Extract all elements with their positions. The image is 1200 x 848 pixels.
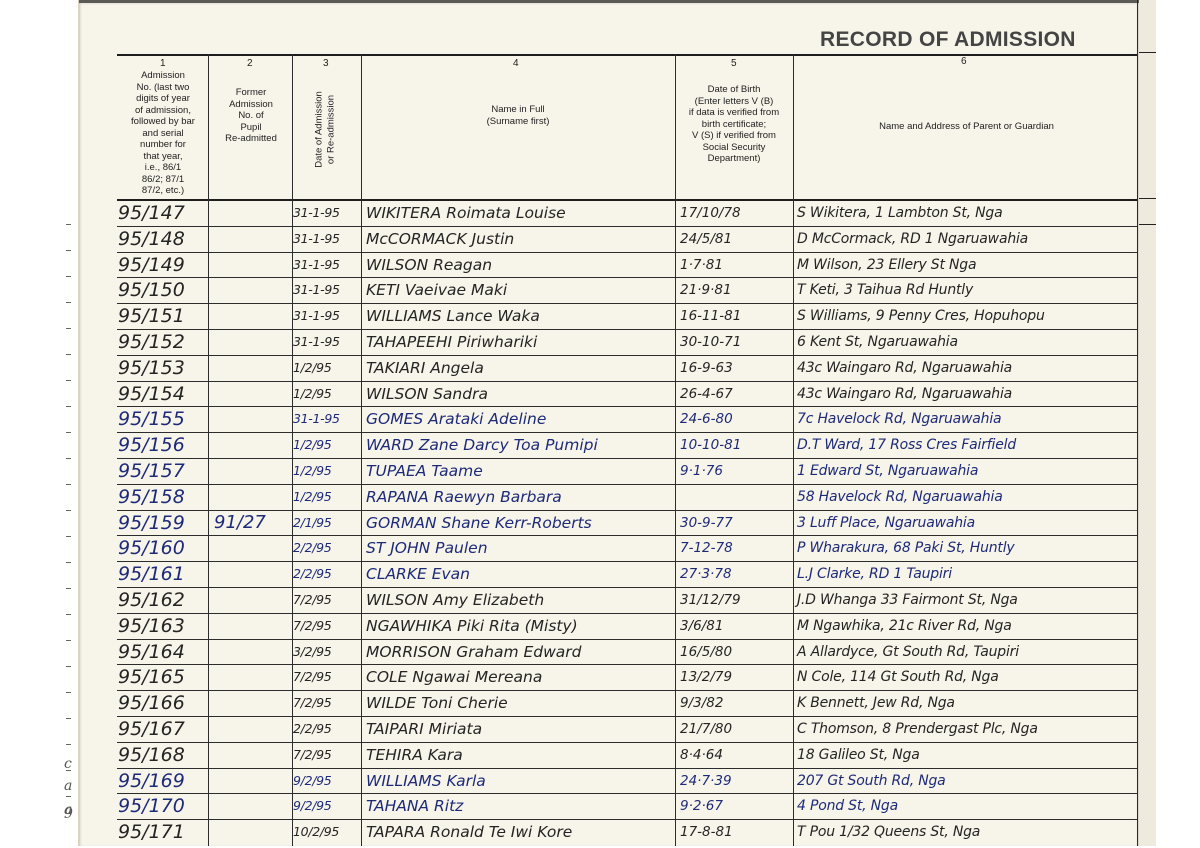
admission-date: 7/2/95 — [293, 666, 331, 688]
admission-number: 95/150 — [118, 279, 185, 301]
admission-date: 1/2/95 — [293, 357, 331, 379]
page-top-edge — [79, 0, 1139, 3]
admission-number: 95/153 — [118, 357, 185, 379]
header-line: of admission, — [118, 105, 208, 117]
admission-date: 31-1-95 — [293, 279, 340, 301]
admission-number: 95/164 — [118, 641, 185, 663]
date-of-birth: 24/5/81 — [680, 228, 732, 250]
parent-guardian: J.D Whanga 33 Fairmont St, Nga — [797, 589, 1018, 611]
column-2-number: 2 — [247, 58, 253, 69]
table-row: 95/17110/2/95TAPARA Ronald Te Iwi Kore17… — [0, 819, 1200, 845]
header-line: birth certificate; — [675, 119, 793, 131]
header-line: No. (last two — [118, 82, 208, 94]
admission-number: 95/170 — [118, 795, 185, 817]
admission-date: 1/2/95 — [293, 460, 331, 482]
admission-number: 95/149 — [118, 254, 185, 276]
date-of-birth: 24·7·39 — [680, 770, 732, 792]
table-row: 95/14831-1-95McCORMACK Justin24/5/81D Mc… — [0, 226, 1200, 252]
pupil-name: WIKITERA Roimata Louise — [366, 202, 566, 224]
date-of-birth: 9/3/82 — [680, 692, 723, 714]
table-row: 95/1643/2/95MORRISON Graham Edward16/5/8… — [0, 639, 1200, 665]
admission-date: 7/2/95 — [293, 692, 331, 714]
table-row: 95/1699/2/95WILLIAMS Karla24·7·39207 Gt … — [0, 768, 1200, 794]
date-of-birth: 21/7/80 — [680, 718, 732, 740]
table-row: 95/15231-1-95TAHAPEEHI Piriwhariki30-10-… — [0, 329, 1200, 355]
header-line: Name and Address of Parent or Guardian — [794, 121, 1139, 133]
table-row: 95/1637/2/95NGAWHIKA Piki Rita (Misty)3/… — [0, 613, 1200, 639]
admission-number: 95/151 — [118, 305, 185, 327]
header-line: Department) — [675, 153, 793, 165]
column-5-header: Date of Birth(Enter letters V (B)if data… — [675, 84, 793, 165]
pupil-name: WILSON Amy Elizabeth — [366, 589, 544, 611]
header-line: Date of Birth — [675, 84, 793, 96]
pupil-name: WILDE Toni Cherie — [366, 692, 508, 714]
date-of-birth: 24-6-80 — [680, 408, 733, 430]
table-row: 95/1602/2/95ST JOHN Paulen7-12-78P Whara… — [0, 535, 1200, 561]
header-line: 86/2; 87/1 — [118, 174, 208, 186]
admission-number: 95/154 — [118, 383, 185, 405]
admission-number: 95/167 — [118, 718, 185, 740]
parent-guardian: D.T Ward, 17 Ross Cres Fairfield — [797, 434, 1016, 456]
date-of-birth: 13/2/79 — [680, 666, 732, 688]
date-of-birth: 17-8-81 — [680, 821, 733, 843]
pupil-name: TEHIRA Kara — [366, 744, 463, 766]
parent-guardian: 207 Gt South Rd, Nga — [797, 770, 946, 792]
admission-number: 95/162 — [118, 589, 185, 611]
table-row: 95/14931-1-95WILSON Reagan1·7·81M Wilson… — [0, 252, 1200, 278]
admission-number: 95/160 — [118, 537, 185, 559]
table-row: 95/1581/2/95RAPANA Raewyn Barbara58 Have… — [0, 484, 1200, 510]
parent-guardian: 1 Edward St, Ngaruawahia — [797, 460, 978, 482]
header-line: Social Security — [675, 142, 793, 154]
header-line: or Re-admission — [325, 75, 337, 185]
date-of-birth: 21·9·81 — [680, 279, 732, 301]
header-line: No. of — [210, 110, 292, 122]
admission-date: 9/2/95 — [293, 770, 331, 792]
admission-number: 95/148 — [118, 228, 185, 250]
table-row: 95/15131-1-95WILLIAMS Lance Waka16-11-81… — [0, 303, 1200, 329]
admission-number: 95/158 — [118, 486, 185, 508]
admission-date: 7/2/95 — [293, 615, 331, 637]
former-admission-number: 91/27 — [214, 512, 266, 534]
admission-number: 95/147 — [118, 202, 185, 224]
admission-number: 95/165 — [118, 666, 185, 688]
pupil-name: TUPAEA Taame — [366, 460, 483, 482]
parent-guardian: S Williams, 9 Penny Cres, Hopuhopu — [797, 305, 1045, 327]
date-of-birth: 31/12/79 — [680, 589, 741, 611]
parent-guardian: 6 Kent St, Ngaruawahia — [797, 331, 958, 353]
admission-date: 3/2/95 — [293, 641, 331, 663]
pupil-name: TAKIARI Angela — [366, 357, 484, 379]
admission-number: 95/159 — [118, 512, 185, 534]
pupil-name: WILSON Sandra — [366, 383, 488, 405]
table-row: 95/1541/2/95WILSON Sandra26-4-6743c Wain… — [0, 381, 1200, 407]
header-line: followed by bar — [118, 116, 208, 128]
pupil-name: WARD Zane Darcy Toa Pumipi — [366, 434, 598, 456]
pupil-name: MORRISON Graham Edward — [366, 641, 582, 663]
date-of-birth: 16/5/80 — [680, 641, 732, 663]
table-row: 95/1657/2/95COLE Ngawai Mereana13/2/79N … — [0, 664, 1200, 690]
column-3-number: 3 — [323, 58, 329, 69]
column-6-header: Name and Address of Parent or Guardian — [794, 121, 1139, 133]
parent-guardian: 43c Waingaro Rd, Ngaruawahia — [797, 383, 1012, 405]
column-6-number: 6 — [961, 56, 967, 67]
parent-guardian: M Ngawhika, 21c River Rd, Nga — [797, 615, 1012, 637]
admission-date: 2/2/95 — [293, 537, 331, 559]
admission-date: 31-1-95 — [293, 254, 340, 276]
pupil-name: KETI Vaeivae Maki — [366, 279, 507, 301]
date-of-birth: 8·4·64 — [680, 744, 723, 766]
date-of-birth: 16-9-63 — [680, 357, 733, 379]
header-line: and serial — [118, 128, 208, 140]
header-line: Former — [210, 87, 292, 99]
table-row: 95/1687/2/95TEHIRA Kara8·4·6418 Galileo … — [0, 742, 1200, 768]
parent-guardian: 43c Waingaro Rd, Ngaruawahia — [797, 357, 1012, 379]
header-line: number for — [118, 139, 208, 151]
header-line: Re-admitted — [210, 133, 292, 145]
table-row: 95/15031-1-95KETI Vaeivae Maki21·9·81T K… — [0, 277, 1200, 303]
pupil-name: TAPARA Ronald Te Iwi Kore — [366, 821, 572, 843]
pupil-name: WILLIAMS Lance Waka — [366, 305, 540, 327]
parent-guardian: 7c Havelock Rd, Ngaruawahia — [797, 408, 1001, 430]
admission-date: 10/2/95 — [293, 821, 339, 843]
admission-date: 2/2/95 — [293, 718, 331, 740]
column-4-number: 4 — [513, 58, 519, 69]
admission-date: 31-1-95 — [293, 305, 340, 327]
pupil-name: COLE Ngawai Mereana — [366, 666, 542, 688]
date-of-birth: 27·3·78 — [680, 563, 732, 585]
date-of-birth: 7-12-78 — [680, 537, 733, 559]
pupil-name: McCORMACK Justin — [366, 228, 514, 250]
admission-number: 95/156 — [118, 434, 185, 456]
parent-guardian: N Cole, 114 Gt South Rd, Nga — [797, 666, 999, 688]
admission-number: 95/155 — [118, 408, 185, 430]
header-line: i.e., 86/1 — [118, 162, 208, 174]
header-line: digits of year — [118, 93, 208, 105]
date-of-birth: 30-9-77 — [680, 512, 733, 534]
admission-date: 31-1-95 — [293, 331, 340, 353]
table-row: 95/1709/2/95TAHANA Ritz9·2·674 Pond St, … — [0, 793, 1200, 819]
admission-number: 95/166 — [118, 692, 185, 714]
header-line: (Enter letters V (B) — [675, 96, 793, 108]
header-line: if data is verified from — [675, 107, 793, 119]
header-line: V (S) if verified from — [675, 130, 793, 142]
header-line: Name in Full — [362, 104, 674, 116]
admission-date: 1/2/95 — [293, 434, 331, 456]
admission-number: 95/171 — [118, 821, 185, 843]
table-row: 95/1672/2/95TAIPARI Miriata21/7/80C Thom… — [0, 716, 1200, 742]
header-line: that year, — [118, 151, 208, 163]
header-line: 87/2, etc.) — [118, 185, 208, 197]
header-line: Admission — [210, 99, 292, 111]
date-of-birth: 9·1·76 — [680, 460, 723, 482]
table-row: 95/1561/2/95WARD Zane Darcy Toa Pumipi10… — [0, 432, 1200, 458]
parent-guardian: P Wharakura, 68 Paki St, Huntly — [797, 537, 1015, 559]
date-of-birth: 3/6/81 — [680, 615, 723, 637]
column-5-number: 5 — [731, 58, 737, 69]
admission-date: 31-1-95 — [293, 228, 340, 250]
parent-guardian: 4 Pond St, Nga — [797, 795, 898, 817]
admission-date: 1/2/95 — [293, 486, 331, 508]
date-of-birth: 16-11-81 — [680, 305, 741, 327]
column-3-header: Date of Admissionor Re-admission — [314, 75, 337, 185]
pupil-name: TAHANA Ritz — [366, 795, 463, 817]
admission-number: 95/161 — [118, 563, 185, 585]
admission-date: 7/2/95 — [293, 744, 331, 766]
date-of-birth: 10-10-81 — [680, 434, 741, 456]
pupil-name: GORMAN Shane Kerr-Roberts — [366, 512, 592, 534]
admission-date: 7/2/95 — [293, 589, 331, 611]
admission-date: 31-1-95 — [293, 202, 340, 224]
page-title: RECORD OF ADMISSION — [820, 28, 1076, 52]
column-2-header: FormerAdmissionNo. ofPupilRe-admitted — [210, 87, 292, 145]
admission-number: 95/169 — [118, 770, 185, 792]
table-row: 95/14731-1-95WIKITERA Roimata Louise17/1… — [0, 200, 1200, 226]
column-1-header: AdmissionNo. (last twodigits of yearof a… — [118, 70, 208, 197]
admission-date: 2/2/95 — [293, 563, 331, 585]
parent-guardian: 3 Luff Place, Ngaruawahia — [797, 512, 975, 534]
date-of-birth: 9·2·67 — [680, 795, 723, 817]
column-1-number: 1 — [160, 58, 166, 69]
table-row: 95/1667/2/95WILDE Toni Cherie9/3/82K Ben… — [0, 690, 1200, 716]
pupil-name: CLARKE Evan — [366, 563, 470, 585]
parent-guardian: D McCormack, RD 1 Ngaruawahia — [797, 228, 1028, 250]
date-of-birth: 30-10-71 — [680, 331, 741, 353]
parent-guardian: T Keti, 3 Taihua Rd Huntly — [797, 279, 973, 301]
date-of-birth: 1·7·81 — [680, 254, 723, 276]
header-line: (Surname first) — [362, 116, 674, 128]
parent-guardian: T Pou 1/32 Queens St, Nga — [797, 821, 980, 843]
admission-date: 31-1-95 — [293, 408, 340, 430]
admission-number: 95/157 — [118, 460, 185, 482]
parent-guardian: K Bennett, Jew Rd, Nga — [797, 692, 955, 714]
table-row: 95/15991/272/1/95GORMAN Shane Kerr-Rober… — [0, 510, 1200, 536]
parent-guardian: A Allardyce, Gt South Rd, Taupiri — [797, 641, 1019, 663]
parent-guardian: C Thomson, 8 Prendergast Plc, Nga — [797, 718, 1038, 740]
pupil-name: ST JOHN Paulen — [366, 537, 488, 559]
parent-guardian: L.J Clarke, RD 1 Taupiri — [797, 563, 952, 585]
parent-guardian: M Wilson, 23 Ellery St Nga — [797, 254, 976, 276]
admission-number: 95/152 — [118, 331, 185, 353]
admission-date: 1/2/95 — [293, 383, 331, 405]
admission-number: 95/168 — [118, 744, 185, 766]
header-line: Admission — [118, 70, 208, 82]
pupil-name: NGAWHIKA Piki Rita (Misty) — [366, 615, 578, 637]
header-line: Date of Admission — [314, 75, 326, 185]
pupil-name: TAHAPEEHI Piriwhariki — [366, 331, 537, 353]
admission-date: 9/2/95 — [293, 795, 331, 817]
date-of-birth: 26-4-67 — [680, 383, 733, 405]
table-row: 95/15531-1-95GOMES Arataki Adeline24-6-8… — [0, 406, 1200, 432]
admission-number: 95/163 — [118, 615, 185, 637]
table-row: 95/1612/2/95CLARKE Evan27·3·78L.J Clarke… — [0, 561, 1200, 587]
admission-date: 2/1/95 — [293, 512, 331, 534]
pupil-name: WILLIAMS Karla — [366, 770, 486, 792]
table-row: 95/1627/2/95WILSON Amy Elizabeth31/12/79… — [0, 587, 1200, 613]
parent-guardian: 58 Havelock Rd, Ngaruawahia — [797, 486, 1003, 508]
pupil-name: WILSON Reagan — [366, 254, 492, 276]
header-line: Pupil — [210, 122, 292, 134]
parent-guardian: 18 Galileo St, Nga — [797, 744, 920, 766]
column-4-header: Name in Full(Surname first) — [362, 104, 674, 127]
pupil-name: TAIPARI Miriata — [366, 718, 482, 740]
table-row: 95/1571/2/95TUPAEA Taame9·1·761 Edward S… — [0, 458, 1200, 484]
pupil-name: RAPANA Raewyn Barbara — [366, 486, 562, 508]
date-of-birth: 17/10/78 — [680, 202, 741, 224]
table-row: 95/1531/2/95TAKIARI Angela16-9-6343c Wai… — [0, 355, 1200, 381]
parent-guardian: S Wikitera, 1 Lambton St, Nga — [797, 202, 1002, 224]
pupil-name: GOMES Arataki Adeline — [366, 408, 546, 430]
